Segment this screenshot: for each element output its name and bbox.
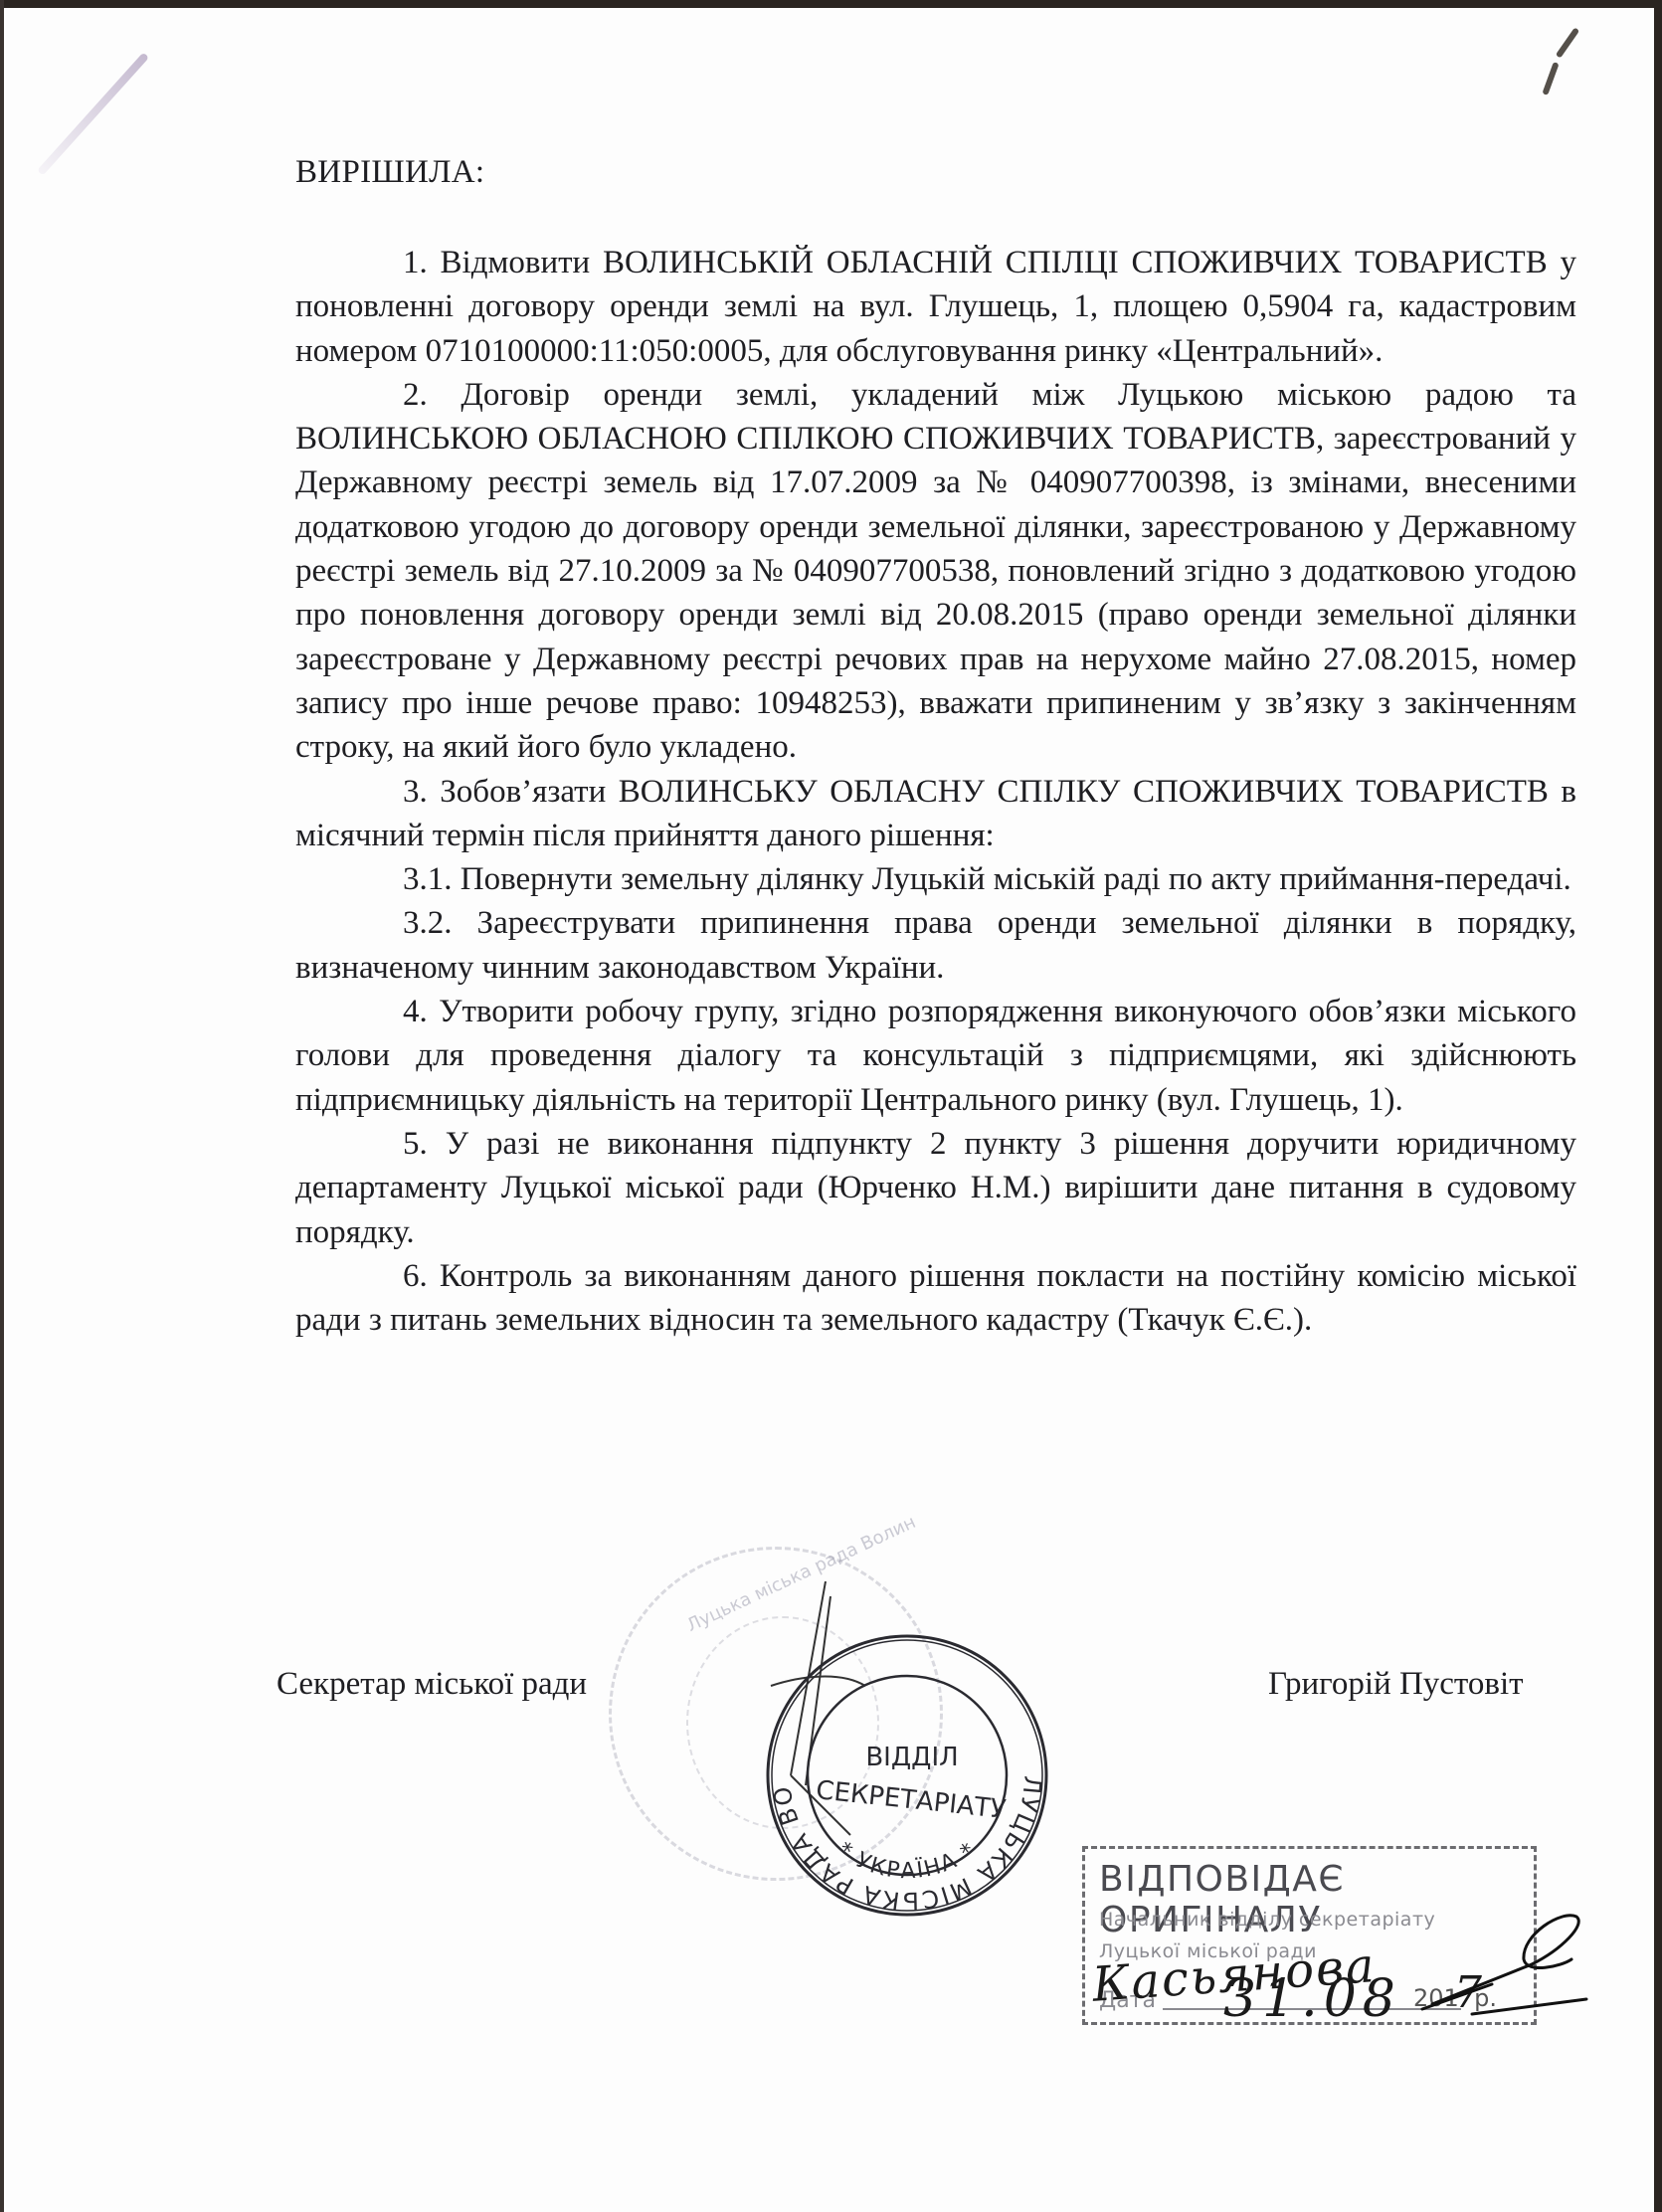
paragraph-6: 6. Контроль за виконанням даного рішення… bbox=[295, 1254, 1576, 1343]
decision-heading: ВИРІШИЛА: bbox=[295, 154, 484, 191]
paragraph-2: 2. Договір оренди землі, укладений між Л… bbox=[295, 373, 1576, 770]
stamp-center-line1: ВІДДІЛ bbox=[865, 1743, 958, 1772]
scan-border-left bbox=[0, 0, 4, 2212]
scan-border-top bbox=[0, 0, 1662, 8]
paragraph-5: 5. У разі не виконання підпункту 2 пункт… bbox=[295, 1122, 1576, 1254]
paragraph-3: 3. Зобов’язати ВОЛИНСЬКУ ОБЛАСНУ СПІЛКУ … bbox=[295, 770, 1576, 858]
paragraph-3-2: 3.2. Зареєструвати припинення права орен… bbox=[295, 901, 1576, 990]
scan-border-right bbox=[1654, 0, 1662, 2212]
handwritten-signature-icon bbox=[1412, 1905, 1591, 2024]
signature-name: Григорій Пустовіт bbox=[1268, 1666, 1524, 1703]
stamp-center-line2: СЕКРЕТАРІАТУ bbox=[815, 1775, 1008, 1825]
decision-body: 1. Відмовити ВОЛИНСЬКІЙ ОБЛАСНІЙ СПІЛЦІ … bbox=[295, 241, 1576, 1342]
paragraph-1: 1. Відмовити ВОЛИНСЬКІЙ ОБЛАСНІЙ СПІЛЦІ … bbox=[295, 241, 1576, 373]
handwritten-date: 31.08 bbox=[1223, 1969, 1401, 2029]
cert-position: Начальник відділу секретаріату bbox=[1099, 1909, 1435, 1931]
signature-role: Секретар міської ради bbox=[277, 1666, 587, 1703]
paragraph-4: 4. Утворити робочу групу, згідно розпоря… bbox=[295, 990, 1576, 1122]
stamp-seal-icon: ЛУЦЬКА МІСЬКА РАДА ВОЛИНСЬКОЇ ОБЛАСТІ * … bbox=[763, 1631, 1051, 1920]
paragraph-3-1: 3.1. Повернути земельну ділянку Луцькій … bbox=[295, 857, 1576, 901]
official-round-stamp: ЛУЦЬКА МІСЬКА РАДА ВОЛИНСЬКОЇ ОБЛАСТІ * … bbox=[763, 1631, 1051, 1920]
